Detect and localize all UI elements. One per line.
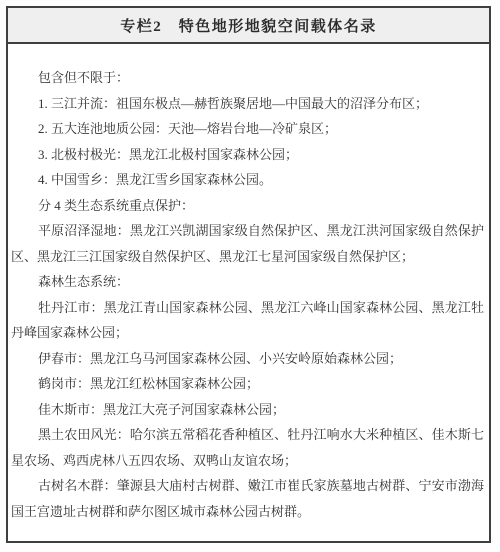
- paragraph-mudanjiang: 牡丹江市：黑龙江青山国家森林公园、黑龙江六峰山国家森林公园、黑龙江牡丹峰国家森林…: [11, 295, 484, 346]
- callout-box: 专栏2 特色地形地貌空间载体名录 包含但不限于： 1. 三江并流：祖国东极点—赫…: [6, 6, 491, 543]
- paragraph-hegang: 鹤岗市：黑龙江红松林国家森林公园；: [11, 371, 484, 397]
- list-item-beijicun: 3. 北极村极光：黑龙江北极村国家森林公园；: [11, 142, 484, 168]
- section-heading-ecosystems: 分 4 类生态系统重点保护：: [11, 193, 484, 219]
- list-item-xuexiang: 4. 中国雪乡：黑龙江雪乡国家森林公园。: [11, 167, 484, 193]
- paragraph-wetland: 平原沼泽湿地：黑龙江兴凯湖国家级自然保护区、黑龙江洪河国家级自然保护区、黑龙江三…: [11, 218, 484, 269]
- paragraph-ancient-trees: 古树名木群：肇源县大庙村古树群、嫩江市崔氏家族墓地古树群、宁安市渤海国王宫遗址古…: [11, 473, 484, 524]
- intro-line: 包含但不限于：: [11, 65, 484, 91]
- paragraph-yichun: 伊春市：黑龙江乌马河国家森林公园、小兴安岭原始森林公园；: [11, 346, 484, 372]
- list-item-sanjiang: 1. 三江并流：祖国东极点—赫哲族聚居地—中国最大的沼泽分布区；: [11, 91, 484, 117]
- document-page: 专栏2 特色地形地貌空间载体名录 包含但不限于： 1. 三江并流：祖国东极点—赫…: [0, 0, 500, 552]
- paragraph-jiamusi: 佳木斯市：黑龙江大亮子河国家森林公园；: [11, 397, 484, 423]
- list-item-wudalianchi: 2. 五大连池地质公园：天池—熔岩台地—冷矿泉区；: [11, 116, 484, 142]
- paragraph-farmland: 黑土农田风光：哈尔滨五常稻花香种植区、牡丹江响水大米种植区、佳木斯七星农场、鸡西…: [11, 422, 484, 473]
- callout-title: 专栏2 特色地形地貌空间载体名录: [120, 15, 377, 36]
- callout-body: 包含但不限于： 1. 三江并流：祖国东极点—赫哲族聚居地—中国最大的沼泽分布区；…: [8, 44, 489, 524]
- section-heading-forest: 森林生态系统：: [11, 269, 484, 295]
- callout-header: 专栏2 特色地形地貌空间载体名录: [8, 8, 489, 44]
